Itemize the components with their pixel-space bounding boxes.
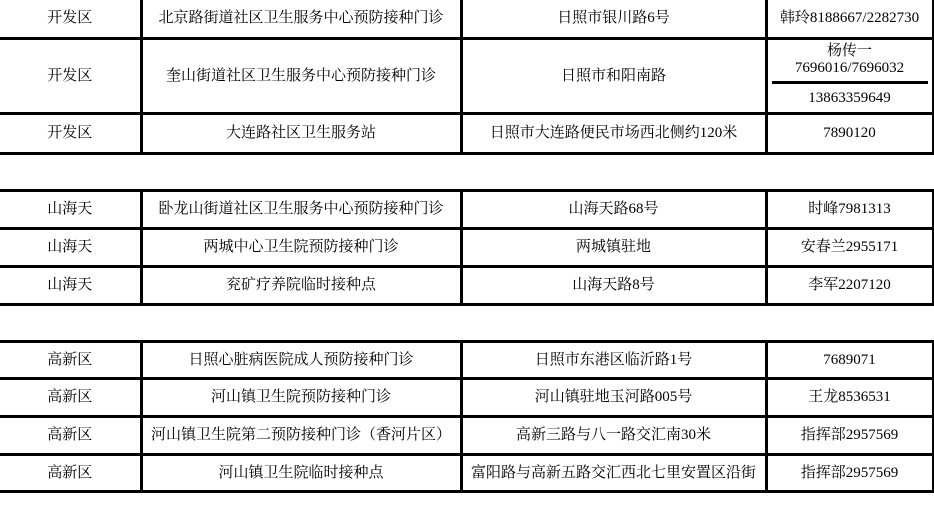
table-row: 高新区 河山镇卫生院临时接种点 富阳路与高新五路交汇西北七里安置区沿街 指挥部2… [0, 454, 933, 491]
contact-cell: 李军2207120 [766, 266, 933, 304]
district-cell: 高新区 [0, 416, 141, 454]
address-cell: 两城镇驻地 [461, 228, 766, 266]
clinic-name-cell: 河山镇卫生院预防接种门诊 [141, 378, 461, 416]
clinic-name-cell: 兖矿疗养院临时接种点 [141, 266, 461, 304]
district-cell: 高新区 [0, 378, 141, 416]
district-cell: 山海天 [0, 190, 141, 228]
table-row: 开发区 大连路社区卫生服务站 日照市大连路便民市场西北侧约120米 789012… [0, 113, 933, 153]
table-section-kaifaqu: 开发区 北京路街道社区卫生服务中心预防接种门诊 日照市银川路6号 韩玲81886… [0, 0, 934, 155]
table-row: 高新区 河山镇卫生院预防接种门诊 河山镇驻地玉河路005号 王龙8536531 [0, 378, 933, 416]
address-cell: 日照市大连路便民市场西北侧约120米 [461, 113, 766, 153]
district-cell: 高新区 [0, 454, 141, 491]
table-row: 开发区 奎山街道社区卫生服务中心预防接种门诊 日照市和阳南路 杨传一 76960… [0, 38, 933, 113]
contact-cell: 安春兰2955171 [766, 228, 933, 266]
district-cell: 开发区 [0, 38, 141, 113]
contact-cell: 7689071 [766, 341, 933, 378]
contact-cell: 时峰7981313 [766, 190, 933, 228]
district-cell: 山海天 [0, 266, 141, 304]
contact-cell: 指挥部2957569 [766, 454, 933, 491]
clinic-name-cell: 河山镇卫生院临时接种点 [141, 454, 461, 491]
contact-cell: 杨传一 7696016/7696032 13863359649 [766, 38, 933, 113]
district-cell: 高新区 [0, 341, 141, 378]
clinic-name-cell: 两城中心卫生院预防接种门诊 [141, 228, 461, 266]
table-row: 山海天 两城中心卫生院预防接种门诊 两城镇驻地 安春兰2955171 [0, 228, 933, 266]
address-cell: 河山镇驻地玉河路005号 [461, 378, 766, 416]
address-cell: 山海天路8号 [461, 266, 766, 304]
contact-subcell-secondary: 13863359649 [772, 84, 928, 112]
clinic-name-cell: 奎山街道社区卫生服务中心预防接种门诊 [141, 38, 461, 113]
table-row: 山海天 兖矿疗养院临时接种点 山海天路8号 李军2207120 [0, 266, 933, 304]
contact-cell: 7890120 [766, 113, 933, 153]
clinic-name-cell: 大连路社区卫生服务站 [141, 113, 461, 153]
contact-cell: 指挥部2957569 [766, 416, 933, 454]
clinic-name-cell: 日照心脏病医院成人预防接种门诊 [141, 341, 461, 378]
address-cell: 山海天路68号 [461, 190, 766, 228]
table-section-gaoxinqu: 高新区 日照心脏病医院成人预防接种门诊 日照市东港区临沂路1号 7689071 … [0, 340, 934, 493]
address-cell: 高新三路与八一路交汇南30米 [461, 416, 766, 454]
vaccination-clinic-table-page: 开发区 北京路街道社区卫生服务中心预防接种门诊 日照市银川路6号 韩玲81886… [0, 0, 934, 513]
contact-cell: 王龙8536531 [766, 378, 933, 416]
clinic-name-cell: 卧龙山街道社区卫生服务中心预防接种门诊 [141, 190, 461, 228]
district-cell: 开发区 [0, 113, 141, 153]
address-cell: 日照市银川路6号 [461, 0, 766, 38]
address-cell: 日照市和阳南路 [461, 38, 766, 113]
address-cell: 日照市东港区临沂路1号 [461, 341, 766, 378]
table-row: 山海天 卧龙山街道社区卫生服务中心预防接种门诊 山海天路68号 时峰798131… [0, 190, 933, 228]
address-cell: 富阳路与高新五路交汇西北七里安置区沿街 [461, 454, 766, 491]
clinic-name-cell: 河山镇卫生院第二预防接种门诊（香河片区） [141, 416, 461, 454]
district-cell: 山海天 [0, 228, 141, 266]
contact-subcell-primary: 杨传一 7696016/7696032 [772, 40, 928, 84]
contact-phone-numbers: 7696016/7696032 [795, 60, 904, 77]
table-row: 开发区 北京路街道社区卫生服务中心预防接种门诊 日照市银川路6号 韩玲81886… [0, 0, 933, 38]
district-cell: 开发区 [0, 0, 141, 38]
contact-cell: 韩玲8188667/2282730 [766, 0, 933, 38]
table-row: 高新区 日照心脏病医院成人预防接种门诊 日照市东港区临沂路1号 7689071 [0, 341, 933, 378]
table-section-shanhaitian: 山海天 卧龙山街道社区卫生服务中心预防接种门诊 山海天路68号 时峰798131… [0, 189, 934, 306]
clinic-name-cell: 北京路街道社区卫生服务中心预防接种门诊 [141, 0, 461, 38]
contact-person-name: 杨传一 [827, 43, 872, 60]
table-row: 高新区 河山镇卫生院第二预防接种门诊（香河片区） 高新三路与八一路交汇南30米 … [0, 416, 933, 454]
